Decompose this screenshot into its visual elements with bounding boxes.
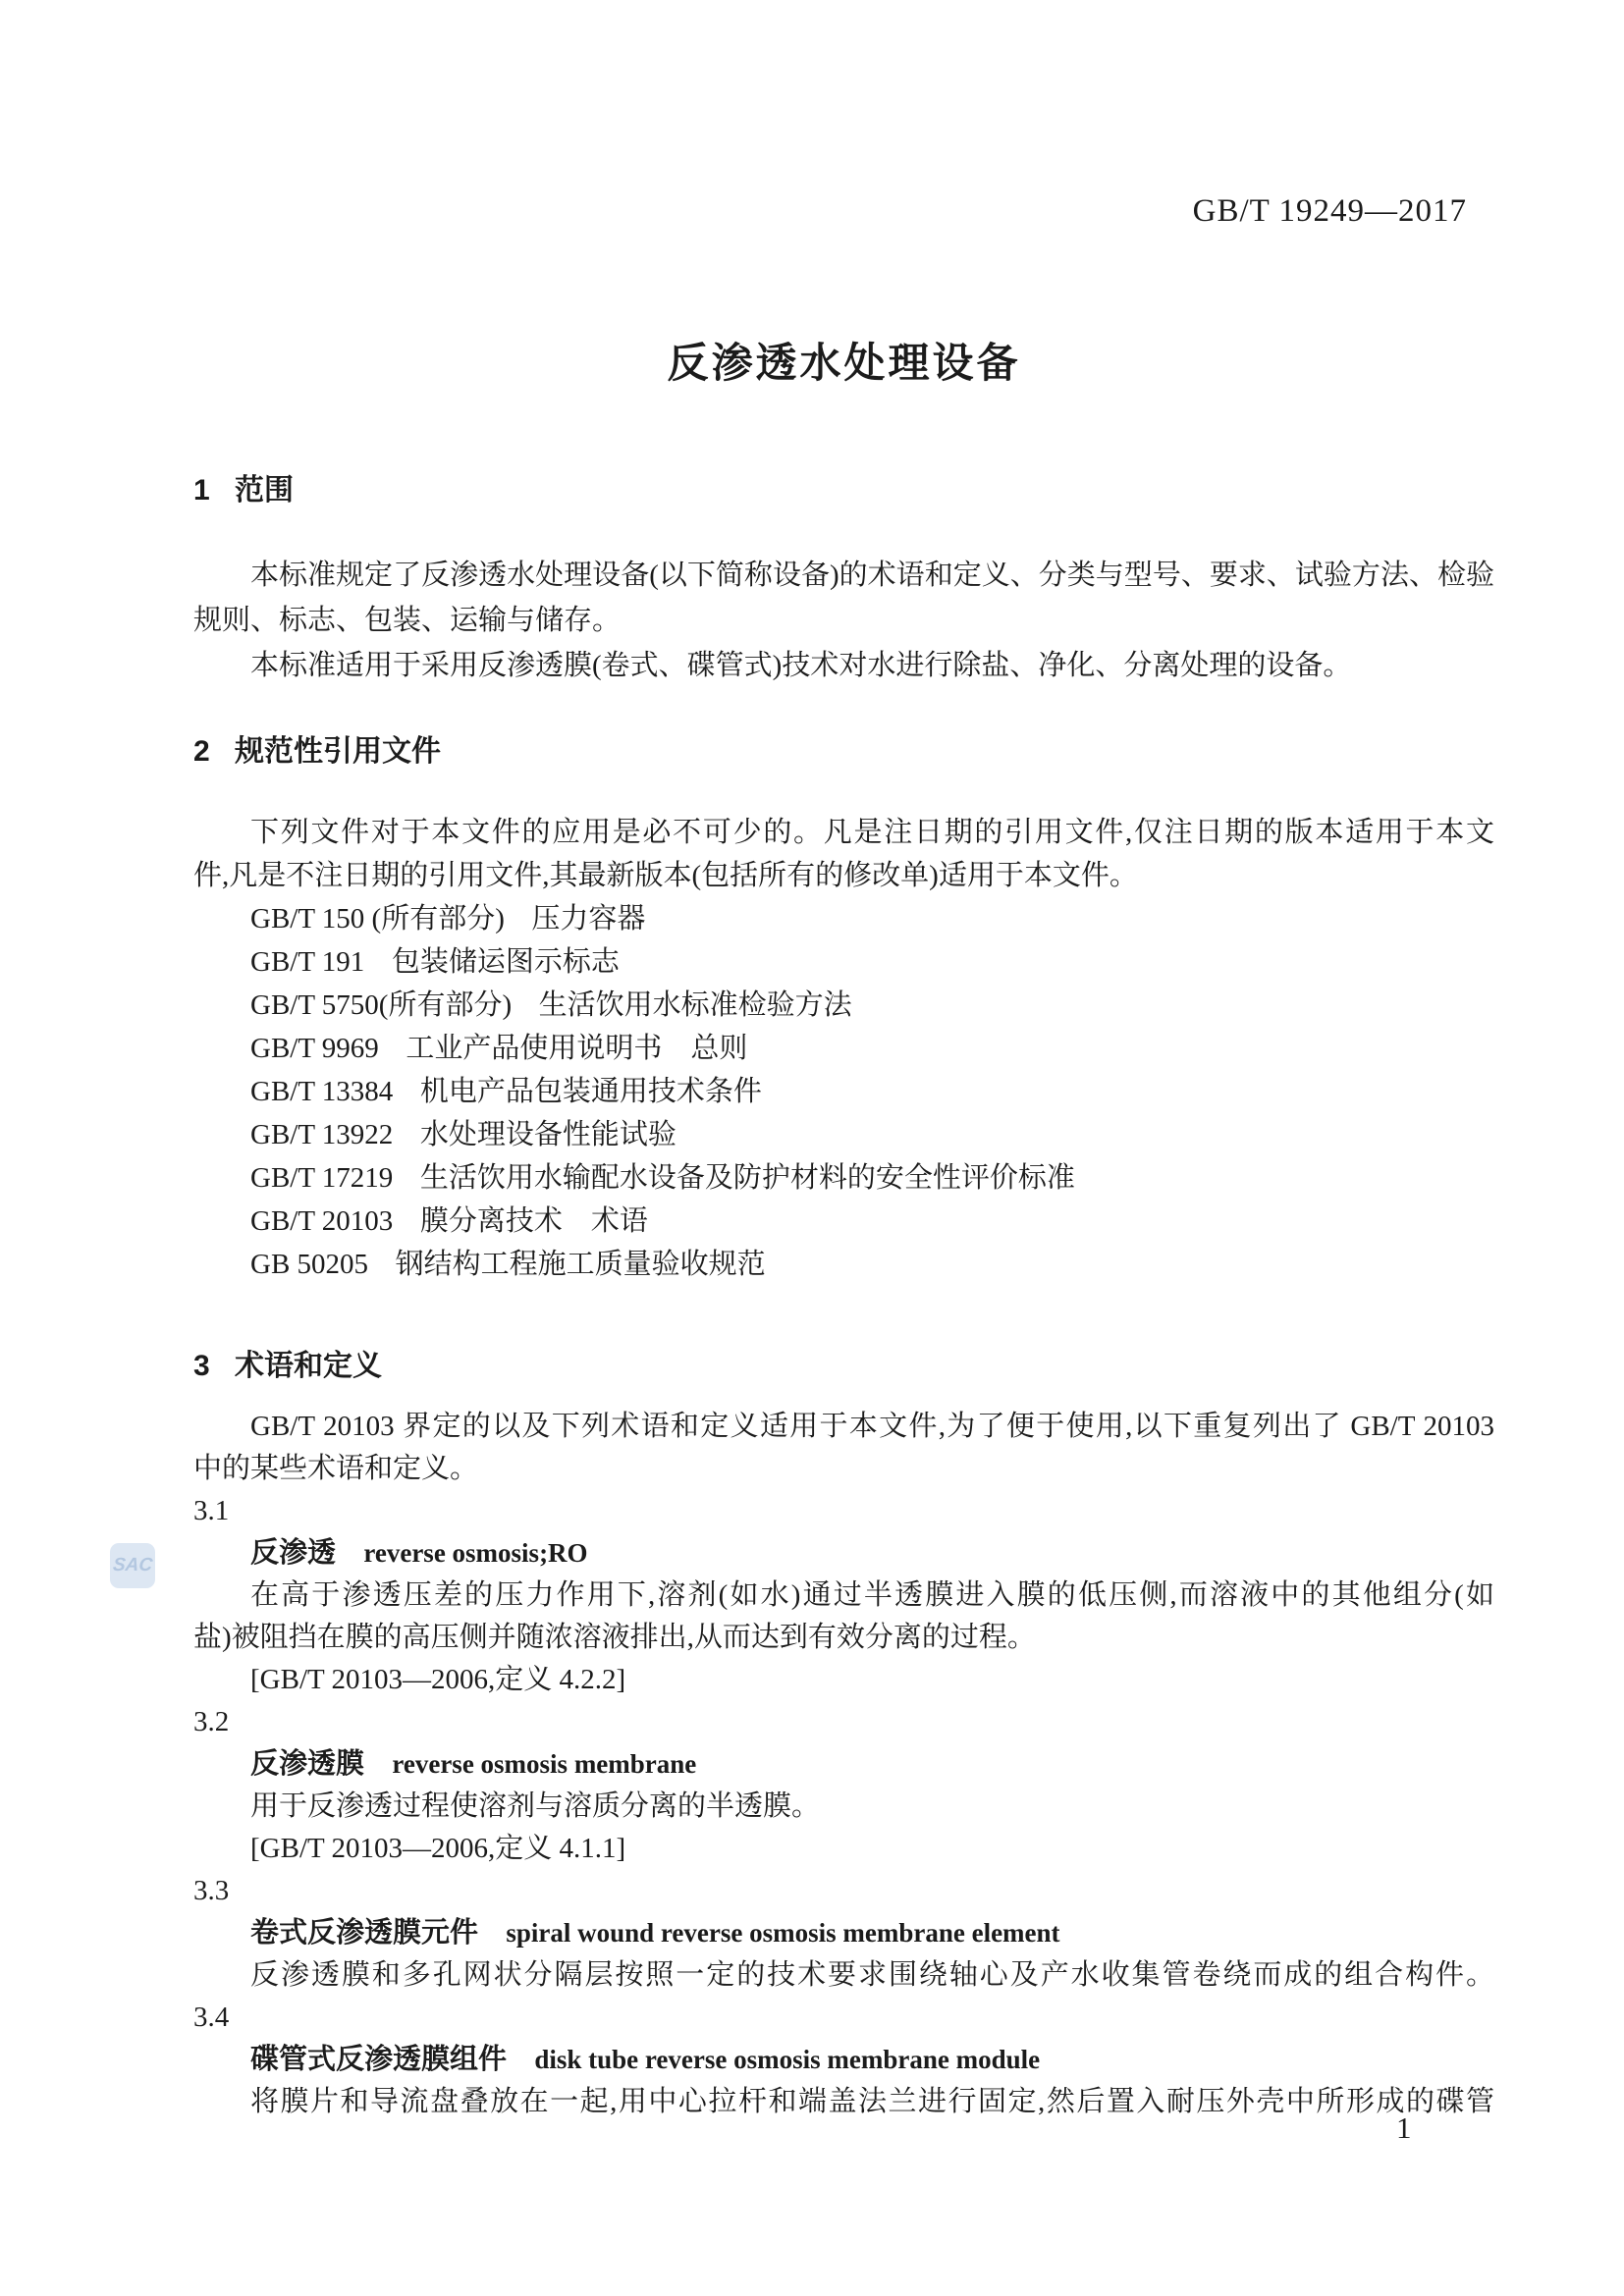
- term-id: 3.2: [193, 1701, 1494, 1743]
- reference-code: GB/T 17219: [250, 1162, 393, 1194]
- section-terms-number: 3: [193, 1349, 235, 1384]
- reference-title: 生活饮用水标准检验方法: [539, 989, 852, 1021]
- reference-code: GB/T 13384: [250, 1076, 393, 1107]
- term-zh: 碟管式反渗透膜组件: [250, 2044, 507, 2075]
- term-definition-line: 用于反渗透过程使溶剂与溶质分离的半透膜。: [193, 1786, 1494, 1828]
- reference-item: GB 50205钢结构工程施工质量验收规范: [193, 1243, 1494, 1286]
- terms-intro-line: 中的某些术语和定义。: [193, 1448, 1494, 1490]
- reference-item: GB/T 9969工业产品使用说明书 总则: [193, 1027, 1494, 1070]
- reference-title: 水处理设备性能试验: [420, 1119, 677, 1150]
- term-en: reverse osmosis;RO: [363, 1538, 587, 1568]
- doc-code: GB/T 19249—2017: [193, 0, 1467, 230]
- term-definition-line: 反渗透膜和多孔网状分隔层按照一定的技术要求围绕轴心及产水收集管卷绕而成的组合构件…: [193, 1954, 1494, 1997]
- term-en: spiral wound reverse osmosis membrane el…: [506, 1918, 1059, 1948]
- reference-code: GB/T 150 (所有部分): [250, 903, 505, 934]
- reference-code: GB 50205: [250, 1249, 368, 1280]
- section-references-number: 2: [193, 734, 235, 770]
- reference-title: 膜分离技术 术语: [420, 1205, 648, 1237]
- term-name-line: 碟管式反渗透膜组件disk tube reverse osmosis membr…: [193, 2039, 1494, 2081]
- reference-item: GB/T 17219生活饮用水输配水设备及防护材料的安全性评价标准: [193, 1156, 1494, 1200]
- document-page: GB/T 19249—2017 反渗透水处理设备 1范围 本标准规定了反渗透水处…: [0, 0, 1624, 2296]
- section-references-heading: 2规范性引用文件: [193, 734, 1494, 770]
- section-scope-heading: 1范围: [193, 473, 1494, 508]
- term-name-line: 反渗透膜reverse osmosis membrane: [193, 1743, 1494, 1786]
- reference-code: GB/T 191: [250, 946, 364, 978]
- page-number: 1: [1396, 2110, 1412, 2146]
- reference-item: GB/T 5750(所有部分)生活饮用水标准检验方法: [193, 984, 1494, 1027]
- reference-title: 机电产品包装通用技术条件: [420, 1076, 762, 1107]
- term-entry: 3.3 卷式反渗透膜元件spiral wound reverse osmosis…: [193, 1870, 1494, 1997]
- section-terms-label: 术语和定义: [235, 1350, 382, 1382]
- term-en: reverse osmosis membrane: [392, 1749, 696, 1779]
- reference-item: GB/T 191包装储运图示标志: [193, 940, 1494, 984]
- reference-code: GB/T 5750(所有部分): [250, 989, 512, 1021]
- reference-title: 包装储运图示标志: [392, 946, 620, 978]
- term-name-line: 卷式反渗透膜元件spiral wound reverse osmosis mem…: [193, 1912, 1494, 1954]
- reference-code: GB/T 13922: [250, 1119, 393, 1150]
- term-zh: 卷式反渗透膜元件: [250, 1917, 478, 1949]
- references-intro-line: 下列文件对于本文件的应用是必不可少的。凡是注日期的引用文件,仅注日期的版本适用于…: [193, 811, 1494, 854]
- term-entry: 3.4 碟管式反渗透膜组件disk tube reverse osmosis m…: [193, 1997, 1494, 2123]
- term-source: [GB/T 20103—2006,定义 4.2.2]: [193, 1659, 1494, 1701]
- reference-title: 钢结构工程施工质量验收规范: [396, 1249, 766, 1280]
- reference-title: 工业产品使用说明书 总则: [406, 1033, 747, 1064]
- term-entry: 3.1 反渗透reverse osmosis;RO 在高于渗透压差的压力作用下,…: [193, 1490, 1494, 1701]
- section-references-body: 下列文件对于本文件的应用是必不可少的。凡是注日期的引用文件,仅注日期的版本适用于…: [193, 811, 1494, 1286]
- reference-item: GB/T 150 (所有部分)压力容器: [193, 897, 1494, 940]
- term-en: disk tube reverse osmosis membrane modul…: [534, 2045, 1040, 2074]
- term-id: 3.1: [193, 1490, 1494, 1532]
- reference-code: GB/T 20103: [250, 1205, 393, 1237]
- page-content: GB/T 19249—2017 反渗透水处理设备 1范围 本标准规定了反渗透水处…: [0, 0, 1624, 2123]
- term-zh: 反渗透膜: [250, 1748, 364, 1780]
- scope-paragraph-line: 本标准规定了反渗透水处理设备(以下简称设备)的术语和定义、分类与型号、要求、试验…: [193, 553, 1494, 598]
- reference-item: GB/T 13384机电产品包装通用技术条件: [193, 1070, 1494, 1113]
- reference-item: GB/T 20103膜分离技术 术语: [193, 1200, 1494, 1243]
- references-intro-line: 件,凡是不注日期的引用文件,其最新版本(包括所有的修改单)适用于本文件。: [193, 854, 1494, 897]
- term-definition-line: 将膜片和导流盘叠放在一起,用中心拉杆和端盖法兰进行固定,然后置入耐压外壳中所形成…: [193, 2081, 1494, 2123]
- doc-title: 反渗透水处理设备: [193, 340, 1494, 387]
- section-terms-body: GB/T 20103 界定的以及下列术语和定义适用于本文件,为了便于使用,以下重…: [193, 1406, 1494, 2123]
- reference-code: GB/T 9969: [250, 1033, 379, 1064]
- terms-intro-line: GB/T 20103 界定的以及下列术语和定义适用于本文件,为了便于使用,以下重…: [193, 1406, 1494, 1448]
- reference-title: 生活饮用水输配水设备及防护材料的安全性评价标准: [420, 1162, 1075, 1194]
- sac-watermark: SAC: [110, 1543, 155, 1588]
- term-name-line: 反渗透reverse osmosis;RO: [193, 1532, 1494, 1575]
- scope-paragraph-line: 规则、标志、包装、运输与储存。: [193, 598, 1494, 643]
- term-entry: 3.2 反渗透膜reverse osmosis membrane 用于反渗透过程…: [193, 1701, 1494, 1870]
- sac-watermark-text: SAC: [112, 1555, 153, 1576]
- term-definition-line: 盐)被阻挡在膜的高压侧并随浓溶液排出,从而达到有效分离的过程。: [193, 1617, 1494, 1659]
- scope-paragraph-line: 本标准适用于采用反渗透膜(卷式、碟管式)技术对水进行除盐、净化、分离处理的设备。: [193, 643, 1494, 688]
- section-scope-label: 范围: [235, 474, 294, 507]
- term-source: [GB/T 20103—2006,定义 4.1.1]: [193, 1828, 1494, 1870]
- term-zh: 反渗透: [250, 1537, 336, 1569]
- section-scope-body: 本标准规定了反渗透水处理设备(以下简称设备)的术语和定义、分类与型号、要求、试验…: [193, 553, 1494, 688]
- reference-title: 压力容器: [531, 903, 645, 934]
- term-id: 3.3: [193, 1870, 1494, 1912]
- term-id: 3.4: [193, 1997, 1494, 2039]
- section-terms-heading: 3术语和定义: [193, 1349, 1494, 1384]
- section-references-label: 规范性引用文件: [235, 735, 441, 768]
- reference-item: GB/T 13922水处理设备性能试验: [193, 1113, 1494, 1156]
- section-scope-number: 1: [193, 473, 235, 508]
- term-definition-line: 在高于渗透压差的压力作用下,溶剂(如水)通过半透膜进入膜的低压侧,而溶液中的其他…: [193, 1575, 1494, 1617]
